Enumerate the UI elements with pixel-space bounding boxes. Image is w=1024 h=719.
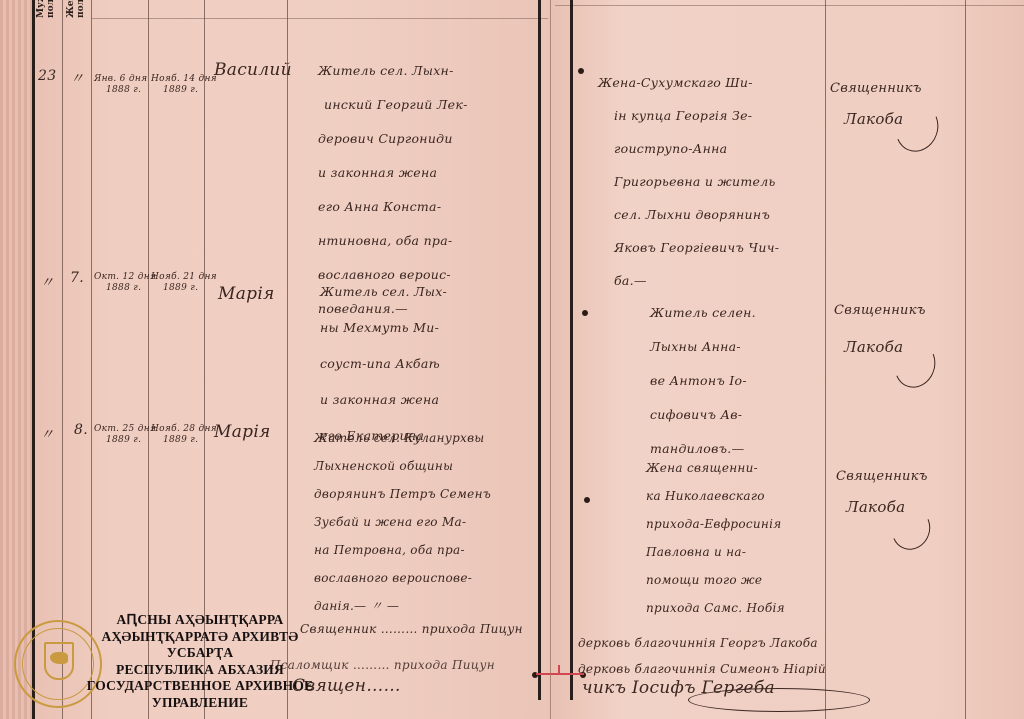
entry-2-birth-date: Окт. 12 дня 1888 г. bbox=[94, 272, 156, 294]
header-rule-left bbox=[92, 18, 548, 19]
right-bottom-line-1: дерковь благочиннія Георгъ Лакоба bbox=[578, 636, 818, 650]
entry-2-female-number: 7. bbox=[70, 270, 84, 286]
entry-3-godparents: Жена священни- ка Николаевскаго прихода-… bbox=[646, 454, 785, 622]
entry-2-male-number: 〃 bbox=[40, 272, 54, 292]
entry-3-parents: Житель сел. Куланурхвы Лыхненской общины… bbox=[314, 424, 491, 620]
header-female-column: Жен. пола bbox=[66, 0, 86, 18]
gutter-rule-left bbox=[538, 0, 541, 700]
entry-2-godparents: Житель селен. Лыхны Анна- ве Антонъ Іо- … bbox=[650, 296, 756, 466]
entry-1-birth-date: Янв. 6 дня 1888 г. bbox=[94, 74, 147, 96]
gutter-rule-right bbox=[570, 0, 573, 700]
punch-hole bbox=[584, 497, 590, 503]
punch-hole bbox=[582, 310, 588, 316]
entry-3-male-number: 〃 bbox=[40, 424, 54, 444]
entry-1-godparents: Жена-Сухумскаго Ши- ін купца Георгія Зе-… bbox=[598, 66, 779, 297]
archive-stamp: АԤСНЫ АҲӘЫНҬҚАРРА АҲӘЫНҬҚАРРАТӘ АРХИВТӘ … bbox=[0, 612, 400, 711]
punch-hole bbox=[578, 68, 584, 74]
entry-2-baptism-date: Нояб. 21 дня 1889 г. bbox=[151, 272, 217, 294]
header-male-column: Муж. пола bbox=[36, 0, 56, 18]
entry-3-child-name: Марія bbox=[214, 422, 271, 442]
signature-underline-flourish bbox=[688, 688, 870, 712]
entry-1-female-number: 〃 bbox=[70, 68, 84, 88]
column-rule bbox=[965, 0, 966, 719]
binding-thread bbox=[558, 665, 560, 675]
entry-1-child-name: Василий bbox=[214, 60, 292, 80]
header-rule-right bbox=[555, 5, 1024, 6]
entry-1-male-number: 23 bbox=[38, 68, 56, 84]
column-rule bbox=[825, 0, 826, 719]
entry-1-baptism-date: Нояб. 14 дня 1889 г. bbox=[151, 74, 217, 96]
entry-2-child-name: Марія bbox=[218, 284, 275, 304]
entry-3-birth-date: Окт. 25 дня 1889 г. bbox=[94, 424, 156, 446]
right-bottom-line-2: дерковь благочиннія Симеонъ Ніарій bbox=[578, 662, 826, 676]
entry-3-female-number: 8. bbox=[74, 422, 88, 438]
entry-3-baptism-date: Нояб. 28 дня 1889 г. bbox=[151, 424, 217, 446]
book-gutter bbox=[550, 0, 551, 719]
binding-thread bbox=[536, 673, 584, 675]
